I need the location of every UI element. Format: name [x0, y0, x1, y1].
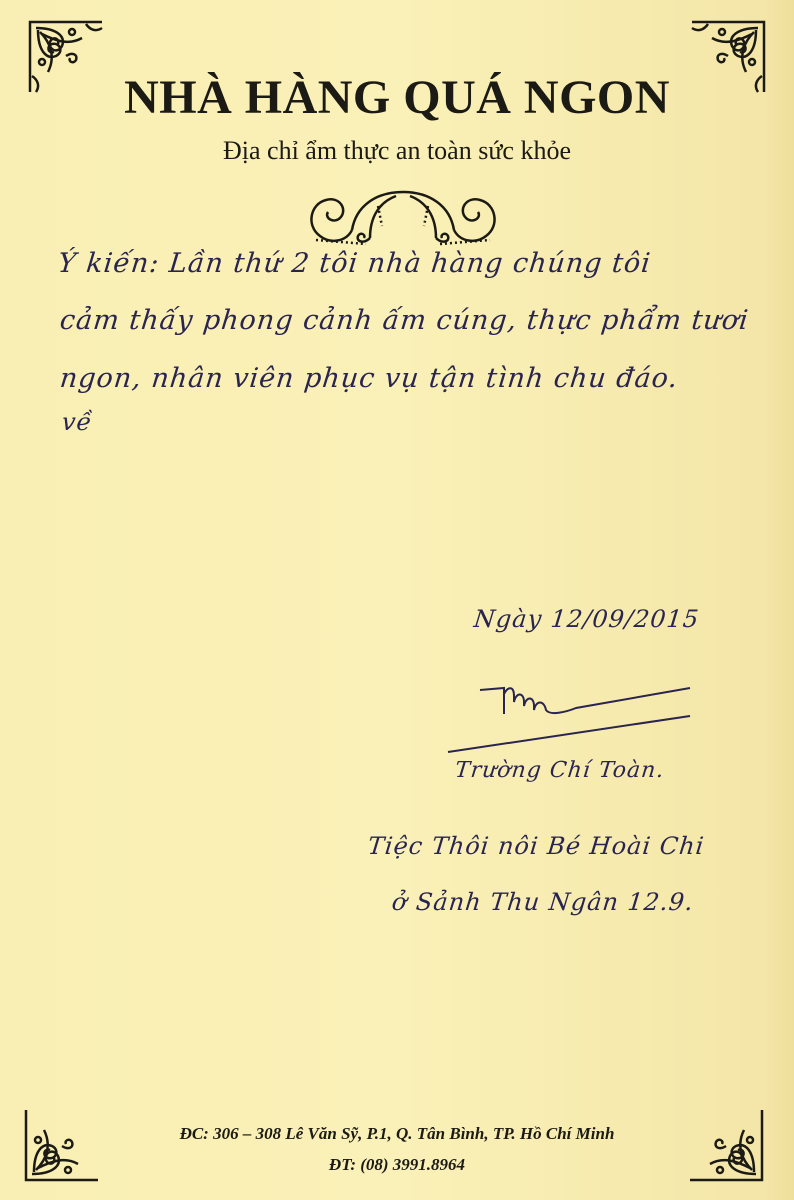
event-note: Tiệc Thôi nôi Bé Hoài Chi: [367, 832, 706, 860]
scroll-flourish-icon: [296, 186, 510, 248]
footer-address: ĐC: 306 – 308 Lê Văn Sỹ, P.1, Q. Tân Bìn…: [0, 1124, 794, 1144]
feedback-line: cảm thấy phong cảnh ấm cúng, thực phẩm t…: [58, 305, 750, 336]
signature-icon: [440, 668, 700, 768]
footer-phone: ĐT: (08) 3991.8964: [0, 1155, 794, 1175]
restaurant-tagline: Địa chỉ ẩm thực an toàn sức khỏe: [0, 136, 794, 166]
feedback-line: Ý kiến: Lần thứ 2 tôi nhà hàng chúng tôi: [56, 248, 652, 279]
signer-name: Trường Chí Toàn.: [454, 758, 666, 783]
feedback-line: về: [61, 408, 94, 436]
event-note: ở Sảnh Thu Ngân 12.9.: [391, 888, 696, 916]
feedback-date: Ngày 12/09/2015: [473, 605, 701, 633]
feedback-line: ngon, nhân viên phục vụ tận tình chu đáo…: [58, 363, 679, 394]
restaurant-name: NHÀ HÀNG QUÁ NGON: [0, 70, 794, 125]
